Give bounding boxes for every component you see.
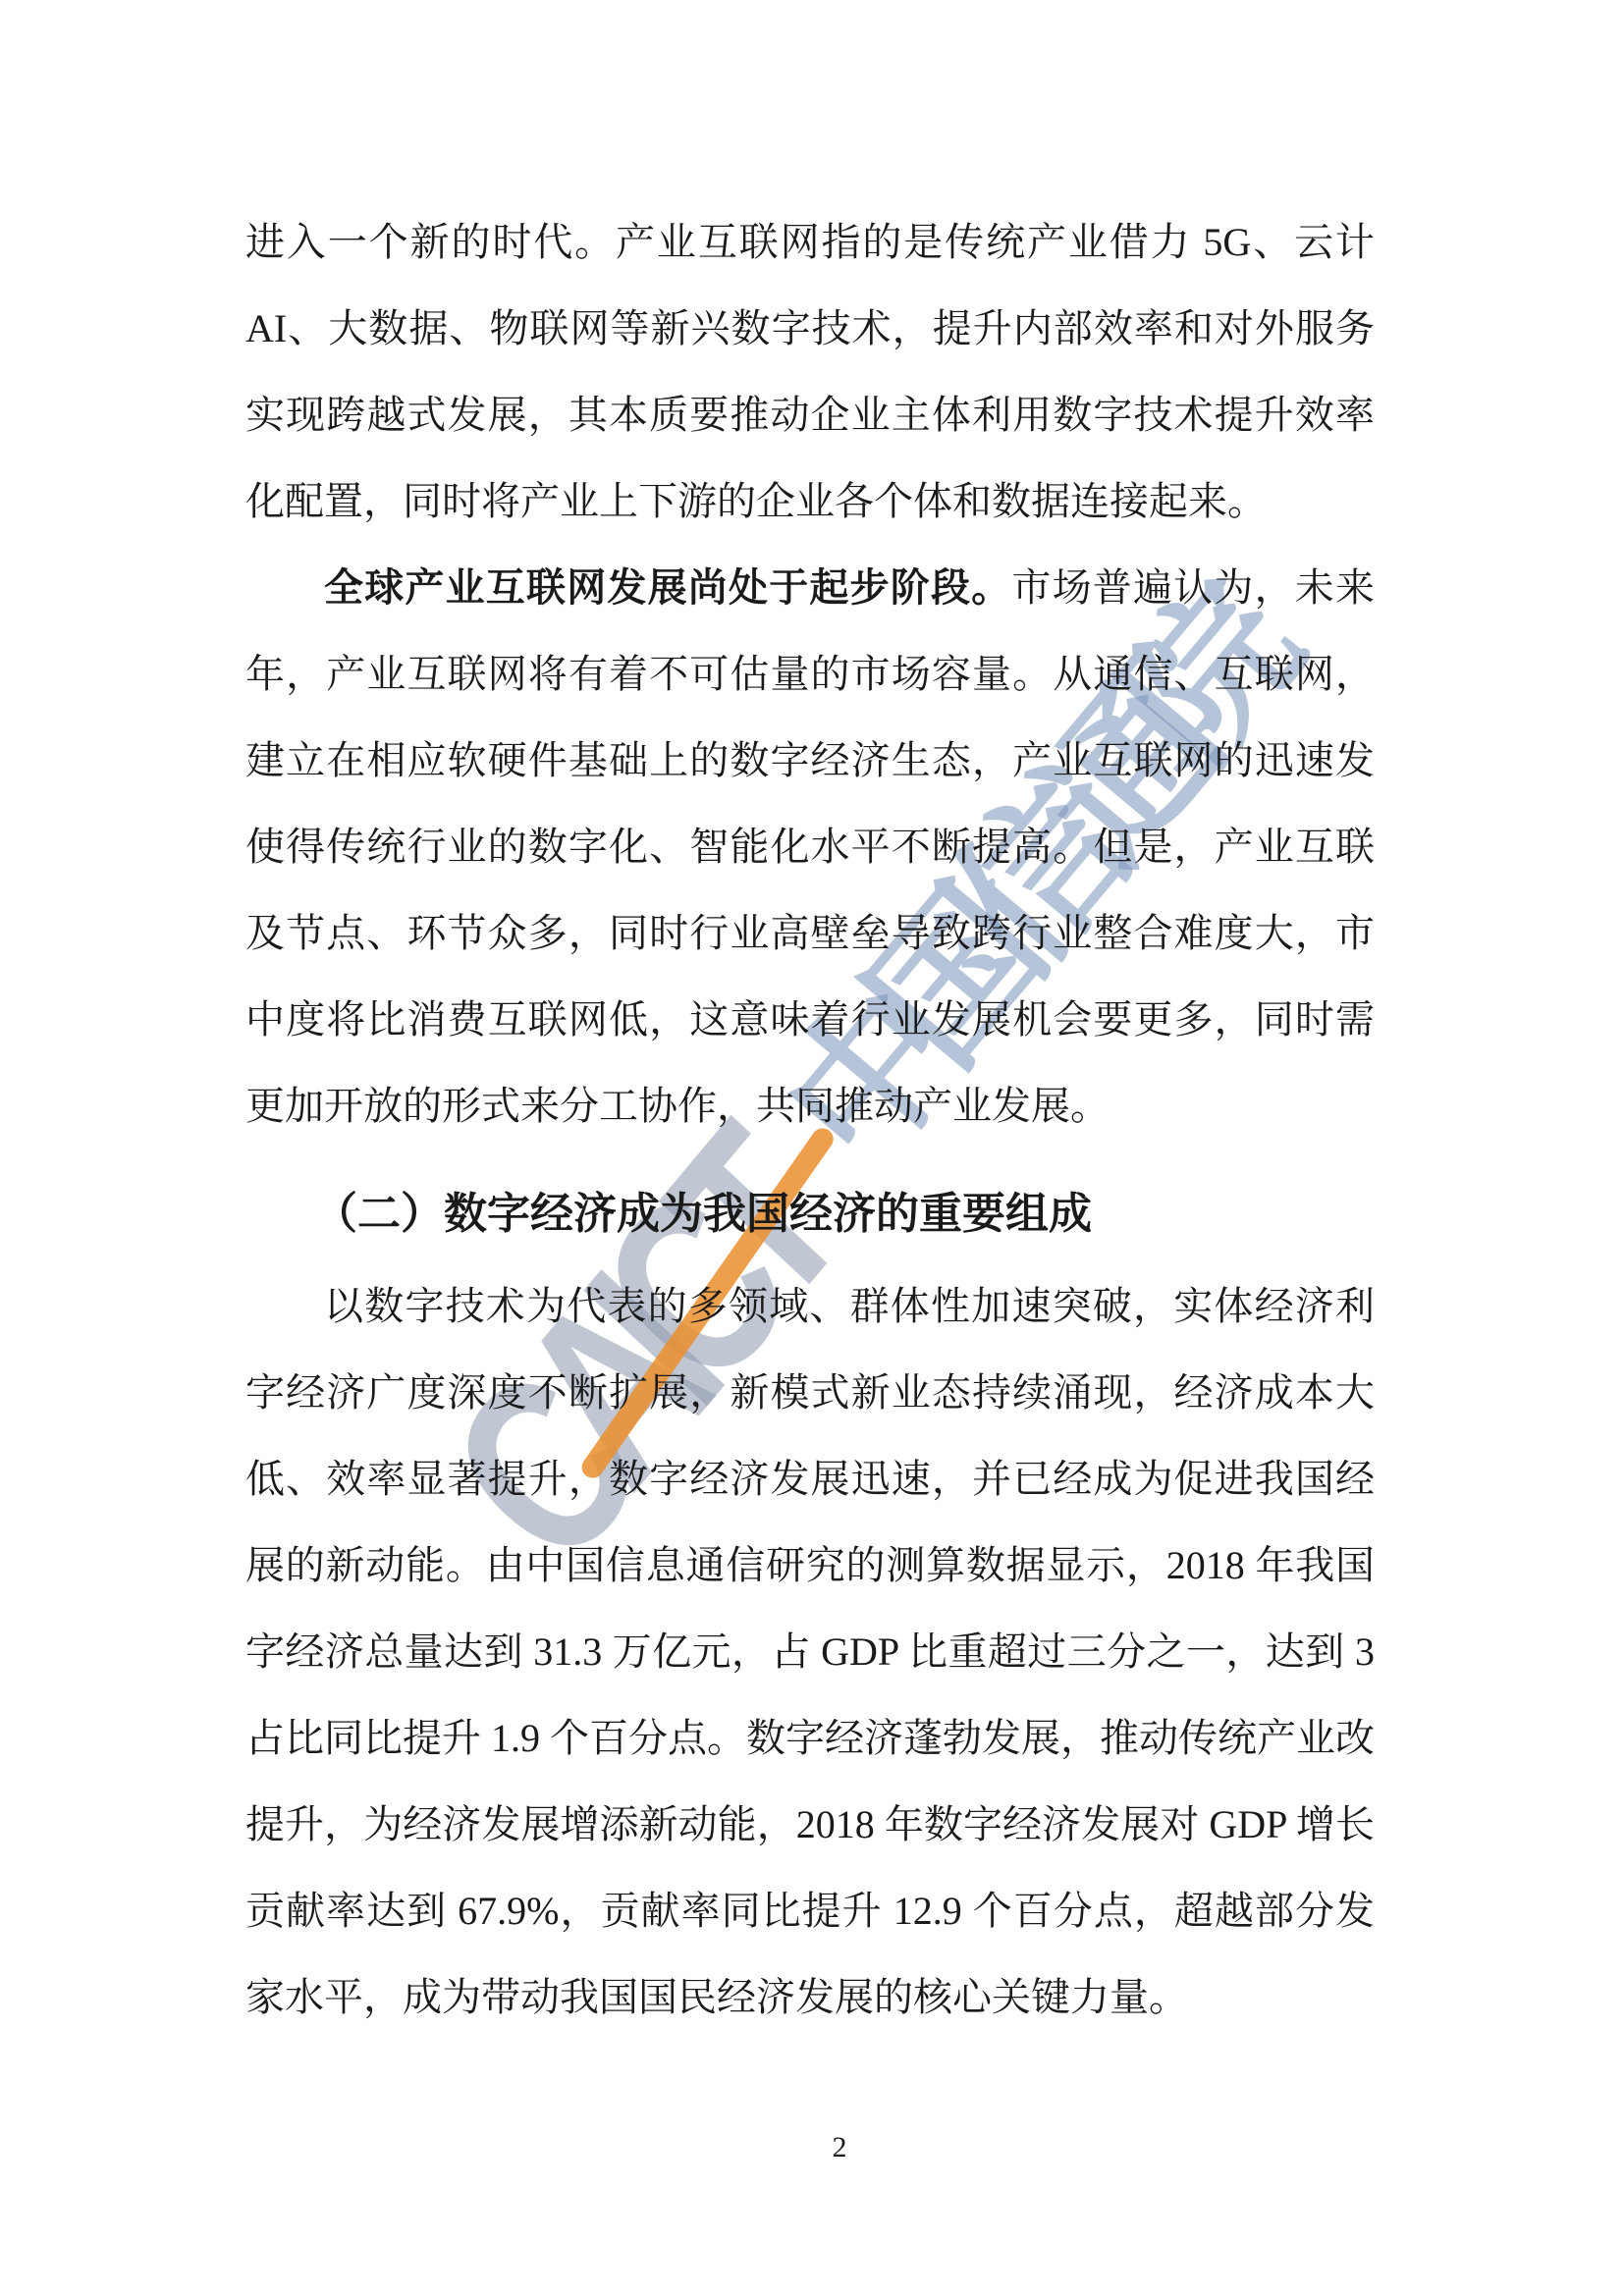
text-run: 占比同比提升 1.9 个百分点。数字经济蓬勃发展，推动传统产业改造 xyxy=(245,1716,1375,1782)
text-line: 化配置，同时将产业上下游的企业各个体和数据连接起来。 xyxy=(245,458,1375,545)
text-line: 中度将比消费互联网低，这意味着行业发展机会要更多，同时需要以 xyxy=(245,977,1375,1063)
text-run: 家水平，成为带动我国国民经济发展的核心关键力量。 xyxy=(245,1975,1188,2019)
paragraph: 进入一个新的时代。产业互联网指的是传统产业借力 5G、云计算、AI、大数据、物联… xyxy=(245,199,1375,545)
text-line: 字经济广度深度不断扩展，新模式新业态持续涌现，经济成本大幅降 xyxy=(245,1350,1375,1436)
text-run: 低、效率显著提升，数字经济发展迅速，并已经成为促进我国经济发 xyxy=(245,1457,1375,1522)
text-run: 贡献率达到 67.9%，贡献率同比提升 12.9 个百分点，超越部分发达国 xyxy=(245,1889,1375,1954)
text-run: 年，产业互联网将有着不可估量的市场容量。从通信、互联网，再到 xyxy=(245,652,1375,718)
page-number: 2 xyxy=(833,2131,847,2163)
text-run: 更加开放的形式来分工协作，共同推动产业发展。 xyxy=(245,1084,1110,1128)
text-run: 使得传统行业的数字化、智能化水平不断提高。但是，产业互联网涉 xyxy=(245,825,1375,890)
paragraph: 以数字技术为代表的多领域、群体性加速突破，实体经济利用数字经济广度深度不断扩展，… xyxy=(245,1263,1375,2041)
document-page: CAICT 中国信通院 进入一个新的时代。产业互联网指的是传统产业借力 5G、云… xyxy=(0,0,1624,2296)
text-run: 进入一个新的时代。产业互联网指的是传统产业借力 5G、云计算、 xyxy=(245,220,1375,286)
text-line: 年，产业互联网将有着不可估量的市场容量。从通信、互联网，再到 xyxy=(245,631,1375,718)
text-line: 家水平，成为带动我国国民经济发展的核心关键力量。 xyxy=(245,1954,1375,2041)
text-line: 占比同比提升 1.9 个百分点。数字经济蓬勃发展，推动传统产业改造 xyxy=(245,1695,1375,1782)
text-run: 字经济广度深度不断扩展，新模式新业态持续涌现，经济成本大幅降 xyxy=(245,1370,1375,1436)
text-line: 及节点、环节众多，同时行业高壁垒导致跨行业整合难度大，市场集 xyxy=(245,890,1375,977)
text-line: AI、大数据、物联网等新兴数字技术，提升内部效率和对外服务能力， xyxy=(245,286,1375,372)
text-run: AI、大数据、物联网等新兴数字技术，提升内部效率和对外服务能力， xyxy=(245,306,1375,372)
text-run: 展的新动能。由中国信息通信研究的测算数据显示，2018 年我国数 xyxy=(245,1543,1375,1609)
text-line: 使得传统行业的数字化、智能化水平不断提高。但是，产业互联网涉 xyxy=(245,804,1375,890)
text-run: 中度将比消费互联网低，这意味着行业发展机会要更多，同时需要以 xyxy=(245,997,1375,1063)
text-line: 建立在相应软硬件基础上的数字经济生态，产业互联网的迅速发展， xyxy=(245,718,1375,804)
bold-text-run: 全球产业互联网发展尚处于起步阶段。 xyxy=(324,565,1011,610)
text-line: 全球产业互联网发展尚处于起步阶段。市场普遍认为，未来数十 xyxy=(245,545,1375,631)
text-line: 展的新动能。由中国信息通信研究的测算数据显示，2018 年我国数 xyxy=(245,1522,1375,1609)
section-heading: （二）数字经济成为我国经济的重要组成 xyxy=(245,1171,1375,1257)
text-run: 实现跨越式发展，其本质要推动企业主体利用数字技术提升效率和优 xyxy=(245,393,1375,458)
text-line: 贡献率达到 67.9%，贡献率同比提升 12.9 个百分点，超越部分发达国 xyxy=(245,1868,1375,1954)
text-line: 提升，为经济发展增添新动能，2018 年数字经济发展对 GDP 增长的 xyxy=(245,1782,1375,1868)
document-body: 进入一个新的时代。产业互联网指的是传统产业借力 5G、云计算、AI、大数据、物联… xyxy=(245,199,1375,2041)
text-line: 低、效率显著提升，数字经济发展迅速，并已经成为促进我国经济发 xyxy=(245,1436,1375,1522)
text-run: 以数字技术为代表的多领域、群体性加速突破，实体经济利用数 xyxy=(245,1284,1375,1350)
text-line: 以数字技术为代表的多领域、群体性加速突破，实体经济利用数 xyxy=(245,1263,1375,1350)
text-line: 更加开放的形式来分工协作，共同推动产业发展。 xyxy=(245,1063,1375,1149)
text-run: 建立在相应软硬件基础上的数字经济生态，产业互联网的迅速发展， xyxy=(245,738,1375,804)
text-line: 实现跨越式发展，其本质要推动企业主体利用数字技术提升效率和优 xyxy=(245,372,1375,458)
text-line: 字经济总量达到 31.3 万亿元，占 GDP 比重超过三分之一，达到 34.8%… xyxy=(245,1609,1375,1695)
text-line: （二）数字经济成为我国经济的重要组成 xyxy=(245,1171,1375,1257)
text-line: 进入一个新的时代。产业互联网指的是传统产业借力 5G、云计算、 xyxy=(245,199,1375,286)
text-run: 字经济总量达到 31.3 万亿元，占 GDP 比重超过三分之一，达到 34.8%… xyxy=(245,1629,1375,1695)
paragraph: 全球产业互联网发展尚处于起步阶段。市场普遍认为，未来数十年，产业互联网将有着不可… xyxy=(245,545,1375,1149)
text-run: 提升，为经济发展增添新动能，2018 年数字经济发展对 GDP 增长的 xyxy=(245,1802,1375,1868)
text-run: 化配置，同时将产业上下游的企业各个体和数据连接起来。 xyxy=(245,479,1267,523)
page-footer: 2 xyxy=(0,2126,1624,2169)
text-run: 及节点、环节众多，同时行业高壁垒导致跨行业整合难度大，市场集 xyxy=(245,911,1375,977)
bold-text-run: （二）数字经济成为我国经济的重要组成 xyxy=(314,1190,1092,1238)
